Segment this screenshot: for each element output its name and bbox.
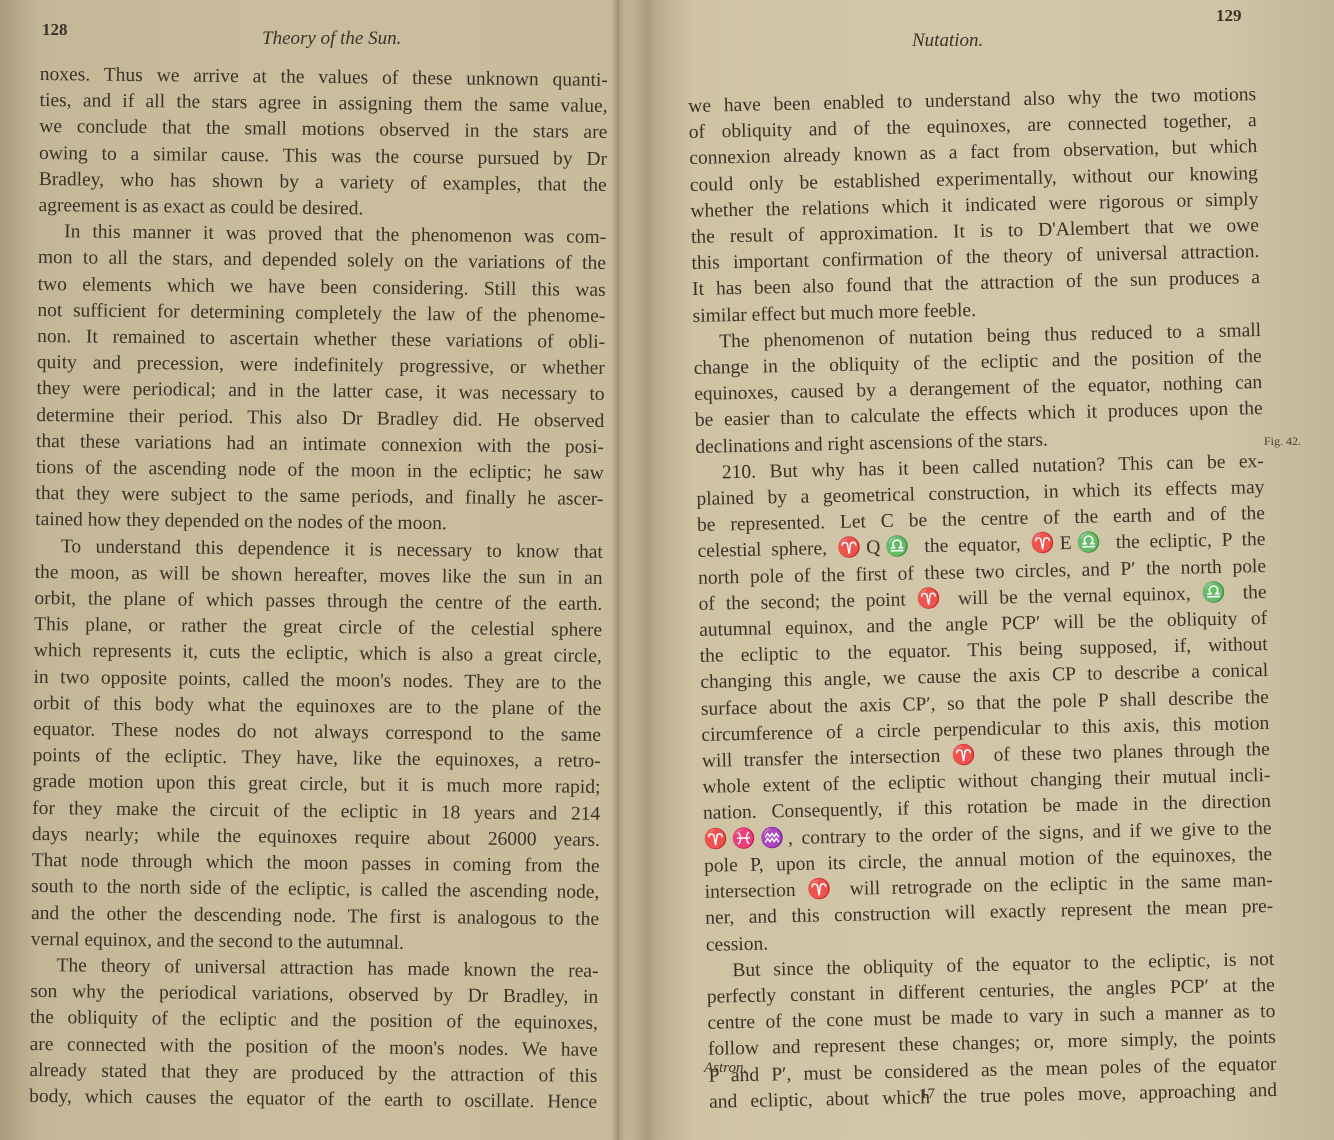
figure-reference-margin-note: Fig. 42.: [1264, 434, 1301, 449]
right-page: 129 Nutation. we have been enabled to un…: [624, 0, 1334, 1140]
book-spread: 128 Theory of the Sun. noxes. Thus we ar…: [0, 0, 1334, 1140]
right-running-head: Nutation.: [912, 30, 983, 52]
text-line: body, which causes the equator of the ea…: [29, 1084, 597, 1116]
left-page-number: 128: [42, 20, 68, 40]
signature-mark: Astron.: [704, 1060, 747, 1077]
right-page-number: 129: [1216, 6, 1242, 26]
right-body-text: we have been enabled to understand also …: [688, 82, 1277, 1116]
left-running-head: Theory of the Sun.: [262, 28, 401, 50]
left-body-text: noxes. Thus we arrive at the values of t…: [29, 62, 608, 1116]
signature-number: 17: [920, 1086, 935, 1103]
left-page: 128 Theory of the Sun. noxes. Thus we ar…: [0, 0, 618, 1140]
